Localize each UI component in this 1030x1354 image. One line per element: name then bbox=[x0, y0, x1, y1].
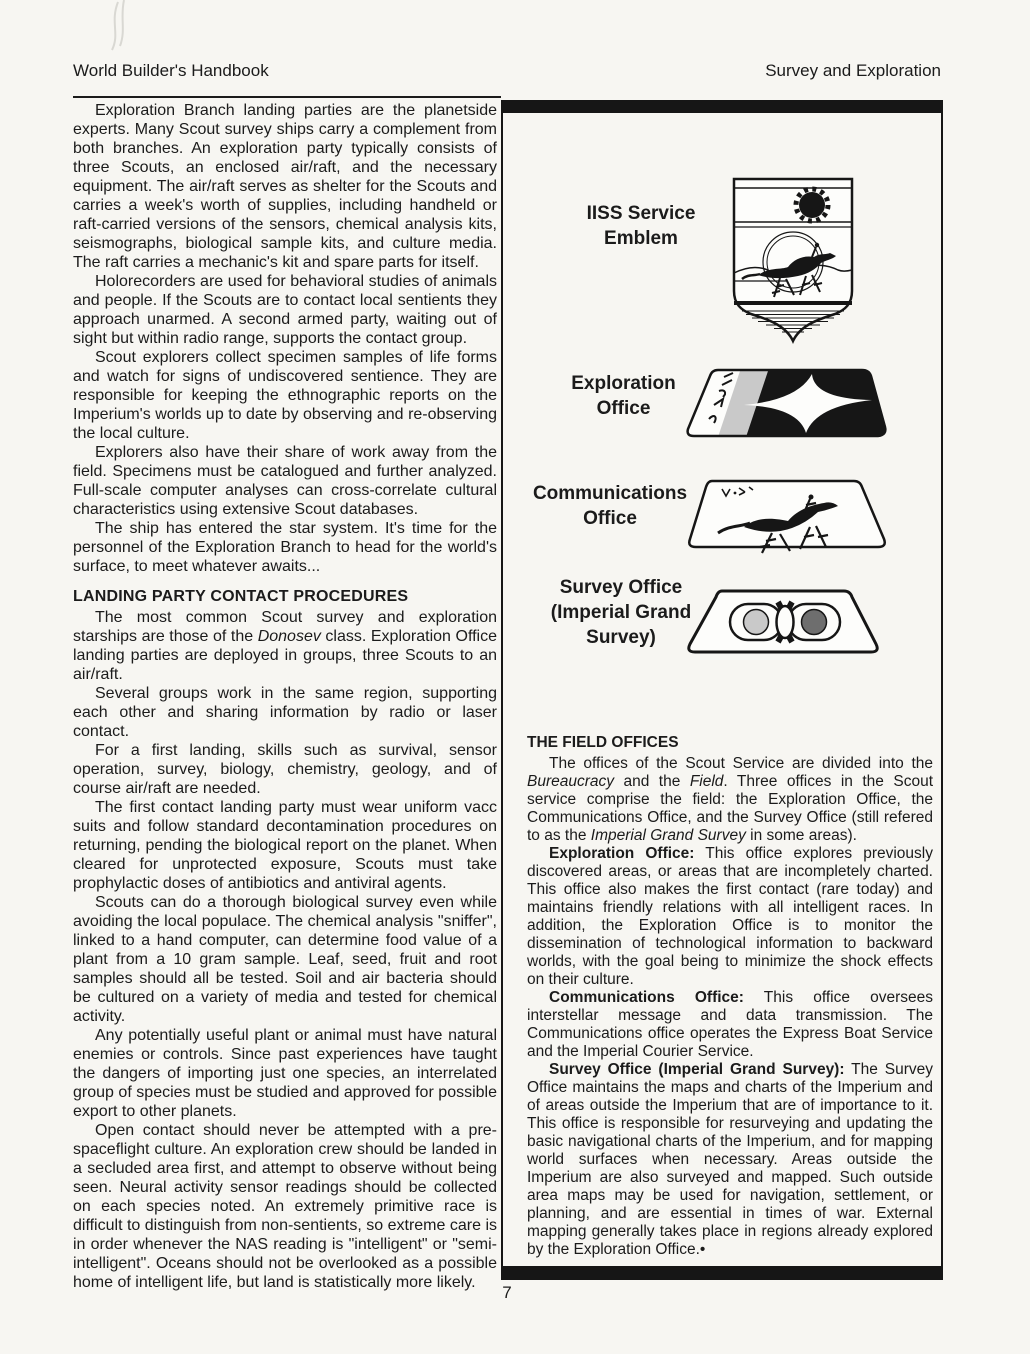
chapter-title: Survey and Exploration bbox=[765, 61, 941, 81]
paragraph: The offices of the Scout Service are div… bbox=[527, 755, 933, 845]
paragraph: Open contact should never be attempted w… bbox=[73, 1121, 497, 1292]
center-lens-icon bbox=[777, 606, 794, 638]
header-rule bbox=[73, 96, 501, 98]
field-offices-section: THE FIELD OFFICES The offices of the Sco… bbox=[527, 733, 933, 1259]
paragraph: Scout explorers collect specimen samples… bbox=[73, 348, 497, 443]
label-line: Exploration bbox=[541, 371, 706, 396]
communications-office-label: Communications Office bbox=[515, 481, 705, 531]
paragraph: Exploration Branch landing parties are t… bbox=[73, 101, 497, 272]
page-number: 7 bbox=[0, 1283, 1014, 1303]
label-line: Emblem bbox=[551, 226, 731, 251]
paragraph: Any potentially useful plant or animal m… bbox=[73, 1026, 497, 1121]
office-lead-in: Communications Office: bbox=[549, 989, 744, 1006]
label-line: Office bbox=[515, 506, 705, 531]
paragraph: Exploration Office: This office explores… bbox=[527, 845, 933, 989]
paragraph: Explorers also have their share of work … bbox=[73, 443, 497, 519]
paragraph: The first contact landing party must wea… bbox=[73, 798, 497, 893]
left-column: Exploration Branch landing parties are t… bbox=[73, 101, 497, 1292]
exploration-office-label: Exploration Office bbox=[541, 371, 706, 421]
paragraph: Communications Office: This office overs… bbox=[527, 989, 933, 1061]
text-run: in some areas). bbox=[746, 827, 857, 844]
text-run: The Survey Office maintains the maps and… bbox=[527, 1061, 933, 1258]
light-globe-icon bbox=[744, 610, 769, 635]
text-run: and the bbox=[614, 773, 690, 790]
paragraph: Several groups work in the same region, … bbox=[73, 684, 497, 741]
book-title: World Builder's Handbook bbox=[73, 61, 269, 81]
section-heading: LANDING PARTY CONTACT PROCEDURES bbox=[73, 587, 497, 606]
italic-term: Field bbox=[690, 773, 724, 790]
scan-artifact bbox=[80, 0, 200, 70]
paragraph: Holorecorders are used for behavioral st… bbox=[73, 272, 497, 348]
paragraph: Survey Office (Imperial Grand Survey): T… bbox=[527, 1061, 933, 1259]
iiss-emblem-label: IISS Service Emblem bbox=[551, 201, 731, 251]
scanned-book-page: World Builder's Handbook Survey and Expl… bbox=[0, 0, 1030, 1354]
office-lead-in: Survey Office (Imperial Grand Survey): bbox=[549, 1061, 845, 1078]
water-lines bbox=[742, 311, 844, 332]
text-run: This office explores previously discover… bbox=[527, 845, 933, 988]
text-run: The offices of the Scout Service are div… bbox=[549, 755, 933, 772]
section-heading: THE FIELD OFFICES bbox=[527, 733, 933, 752]
label-line: Communications bbox=[515, 481, 705, 506]
survey-office-emblem-icon bbox=[682, 587, 884, 659]
label-line: IISS Service bbox=[551, 201, 731, 226]
paragraph: The most common Scout survey and explora… bbox=[73, 608, 497, 684]
shield-outline bbox=[734, 179, 852, 341]
italic-ship-class: Donosev bbox=[258, 628, 321, 645]
pennant-outline bbox=[689, 481, 885, 547]
italic-term: Bureaucracy bbox=[527, 773, 614, 790]
exploration-office-emblem-icon bbox=[686, 365, 891, 443]
label-line: Office bbox=[541, 396, 706, 421]
paragraph: The ship has entered the star system. It… bbox=[73, 519, 497, 576]
iiss-service-emblem-icon bbox=[728, 175, 858, 353]
italic-term: Imperial Grand Survey bbox=[591, 827, 746, 844]
office-lead-in: Exploration Office: bbox=[549, 845, 694, 862]
sidebar-box: IISS Service Emblem bbox=[501, 100, 943, 1280]
dark-globe-icon bbox=[802, 610, 827, 635]
paragraph: For a first landing, skills such as surv… bbox=[73, 741, 497, 798]
paragraph: Scouts can do a thorough biological surv… bbox=[73, 893, 497, 1026]
communications-office-emblem-icon bbox=[686, 477, 891, 559]
